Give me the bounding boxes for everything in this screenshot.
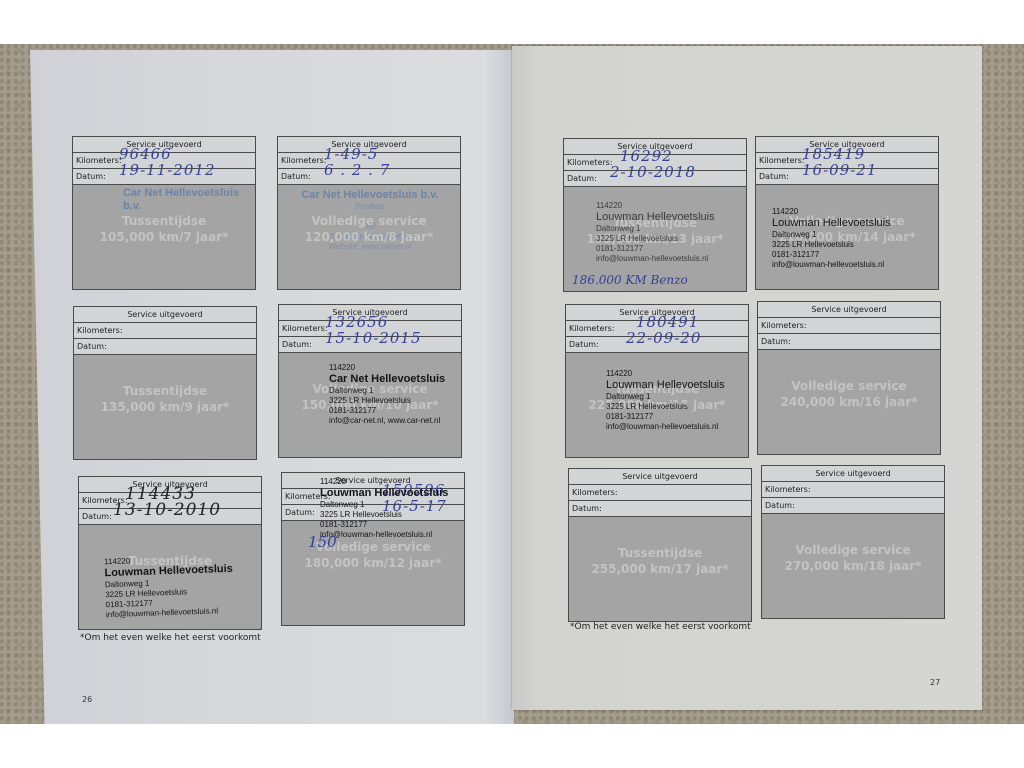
dealer-stamp: Car Net Hellevoetsluis b.v. [123,187,255,213]
stamp-code: 114220 [320,477,448,487]
km-value: 132656 [325,315,388,330]
stamp-line: info@louwman-hellevoetsluis.nl [606,422,725,432]
stamp-line: Daltonweg 1 [772,230,891,240]
date-row: Datum:6 . 2 . 7 [278,169,460,185]
km-value: 16292 [620,149,673,164]
service-box: Service uitgevoerd Kilometers:114433 Dat… [78,476,262,630]
km-row: Kilometers: [762,482,944,498]
service-type: Tussentijdse [569,545,751,561]
box-body: Volledige service 240,000 km/16 jaar* [758,350,940,456]
stamp-name: Louwman Hellevoetsluis [772,217,891,230]
handwritten-note: 150 [308,533,337,551]
service-type: Volledige service [762,542,944,558]
handwritten-note: 186.000 KM Benzo [572,273,688,287]
dealer-stamp: 114220 Louwman Hellevoetsluis Daltonweg … [320,477,448,540]
stamp-line: info@louwman-hellevoetsluis.nl [596,254,715,264]
left-page: Service uitgevoerd Kilometers:96466 Datu… [30,50,514,724]
km-value: 180491 [636,315,699,330]
service-interval: 120,000 km/8 jaar* [278,229,460,245]
date-row: Datum: [74,339,256,355]
date-value: 15-10-2015 [325,331,421,346]
date-value: 6 . 2 . 7 [324,163,390,178]
stamp-line: info@car-net.nl, www.car-net.nl [329,416,445,426]
km-label: Kilometers: [76,156,122,165]
date-value: 13-10-2010 [113,503,221,518]
date-label: Datum: [282,340,312,349]
service-interval: 240,000 km/16 jaar* [758,394,940,410]
date-row: Datum:16-09-21 [756,169,938,185]
box-body: Tussentijdse 195,000 km/13 jaar* 114220 … [564,187,746,293]
stamp-line: 3225 LR Hellevoetsluis [320,510,448,520]
date-label: Datum: [759,172,789,181]
date-label: Datum: [761,337,791,346]
service-box: Service uitgevoerd Kilometers:185419 Dat… [755,136,939,290]
date-row: Datum:15-10-2015 [279,337,461,353]
box-body: Tussentijdse 114220 Louwman Hellevoetslu… [79,525,261,631]
service-label: Tussentijdse 135,000 km/9 jaar* [74,383,256,415]
box-header: Service uitgevoerd [74,307,256,323]
km-value: 96466 [119,147,172,162]
service-label: Volledige service 240,000 km/16 jaar* [758,378,940,410]
date-label: Datum: [76,172,106,181]
box-body: Volledige service 210,000 km/14 jaar* 11… [756,185,938,291]
service-box: Service uitgevoerd Kilometers: Datum: Vo… [757,301,941,455]
km-row: Kilometers: [569,485,751,501]
date-label: Datum: [77,342,107,351]
service-type: Volledige service [278,213,460,229]
service-box: Service uitgevoerd Kilometers: Datum: Tu… [568,468,752,622]
dealer-stamp: 114220 Louwman Hellevoetsluis Daltonweg … [104,553,234,620]
date-value: 19-11-2012 [119,163,215,178]
stamp-line: Postbus [290,202,450,212]
page-number: 27 [930,678,940,687]
date-label: Datum: [569,340,599,349]
km-row: Kilometers: [74,323,256,339]
km-label: Kilometers: [569,324,615,333]
service-type: Tussentijdse [74,383,256,399]
stamp-line: Daltonweg 1 [596,224,715,234]
service-box: Service uitgevoerd Kilometers:96466 Datu… [72,136,256,290]
stamp-name: Louwman Hellevoetsluis [320,487,448,500]
dealer-stamp: 114220 Louwman Hellevoetsluis Daltonweg … [596,201,715,264]
service-interval: 135,000 km/9 jaar* [74,399,256,415]
date-value: 2-10-2018 [610,165,696,180]
box-body: Tussentijdse 225,000 km/15 jaar* 114220 … [566,353,748,459]
stamp-code: 114220 [329,363,445,373]
stamp-line: 3225 LR Hellevoetsluis [596,234,715,244]
stamp-code: 114220 [606,369,725,379]
service-box: Service uitgevoerd Kilometers:150596 Dat… [281,472,465,626]
stamp-name: Louwman Hellevoetsluis [606,379,725,392]
stamp-line: 3225 LR Hellevoetsluis [772,240,891,250]
date-label: Datum: [281,172,311,181]
km-label: Kilometers: [765,485,811,494]
service-label: Volledige service 270,000 km/18 jaar* [762,542,944,574]
box-body: Car Net Hellevoetsluis b.v. Tussentijdse… [73,185,255,291]
service-interval: 255,000 km/17 jaar* [569,561,751,577]
stamp-name: Car Net Hellevoetsluis b.v. [290,189,450,202]
stamp-code: 114220 [596,201,715,211]
stamp-line: Daltonweg 1 [320,500,448,510]
service-box: Service uitgevoerd Kilometers: Datum: Vo… [761,465,945,619]
service-type: Volledige service [758,378,940,394]
service-interval: 180,000 km/12 jaar* [282,555,464,571]
dealer-stamp: 114220 Louwman Hellevoetsluis Daltonweg … [772,207,891,270]
box-header: Service uitgevoerd [569,469,751,485]
service-label: Tussentijdse 255,000 km/17 jaar* [569,545,751,577]
service-interval: 105,000 km/7 jaar* [73,229,255,245]
box-body: Volledige service 150,000 km/10 jaar* 11… [279,353,461,459]
service-box: Service uitgevoerd Kilometers:16292 Datu… [563,138,747,292]
dealer-stamp: 114220 Car Net Hellevoetsluis Daltonweg … [329,363,445,426]
stamp-line: Daltonweg 1 [606,392,725,402]
stamp-name: Louwman Hellevoetsluis [596,211,715,224]
date-label: Datum: [567,174,597,183]
stamp-line: 0181-312177 [606,412,725,422]
date-row: Datum: [758,334,940,350]
km-label: Kilometers: [759,156,805,165]
dealer-stamp: 114220 Louwman Hellevoetsluis Daltonweg … [606,369,725,432]
km-label: Kilometers: [282,324,328,333]
km-row: Kilometers: [758,318,940,334]
stamp-line: info@louwman-hellevoetsluis.nl [772,260,891,270]
date-label: Datum: [765,501,795,510]
date-value: 16-09-21 [802,163,877,178]
service-box: Service uitgevoerd Kilometers:180491 Dat… [565,304,749,458]
date-row: Datum: [762,498,944,514]
box-body: Tussentijdse 135,000 km/9 jaar* [74,355,256,461]
km-value: 1-49-5 [324,147,378,162]
footnote: *Om het even welke het eerst voorkomt [80,633,261,643]
stamp-name: Car Net Hellevoetsluis [329,373,445,386]
date-label: Datum: [285,508,315,517]
service-box: Service uitgevoerd Kilometers:1-49-5 Dat… [277,136,461,290]
right-page: Service uitgevoerd Kilometers:16292 Datu… [512,46,982,710]
service-label: Volledige service 120,000 km/8 jaar* [278,213,460,245]
box-header: Service uitgevoerd [762,466,944,482]
date-row: Datum:13-10-2010 [79,509,261,525]
stamp-line: 3225 LR Hellevoetsluis [329,396,445,406]
page-number: 26 [82,695,92,704]
date-row: Datum:19-11-2012 [73,169,255,185]
date-row: Datum: [569,501,751,517]
date-row: Datum:22-09-20 [566,337,748,353]
box-body: Volledige service 270,000 km/18 jaar* [762,514,944,620]
service-type: Tussentijdse [73,213,255,229]
stamp-name: Car Net Hellevoetsluis b.v. [123,187,255,213]
km-label: Kilometers: [77,326,123,335]
date-value: 22-09-20 [626,331,701,346]
stamp-line: Daltonweg 1 [329,386,445,396]
km-label: Kilometers: [761,321,807,330]
stamp-code: 114220 [772,207,891,217]
stamp-line: 0181-312177 [320,520,448,530]
km-label: Kilometers: [281,156,327,165]
box-body: Car Net Hellevoetsluis b.v. Postbus Tel … [278,185,460,291]
stamp-line: 0181-312177 [329,406,445,416]
stamp-line: 3225 LR Hellevoetsluis [606,402,725,412]
date-row: Datum:2-10-2018 [564,171,746,187]
date-label: Datum: [82,512,112,521]
box-body: Tussentijdse 255,000 km/17 jaar* [569,517,751,623]
stamp-line: 0181-312177 [596,244,715,254]
service-interval: 270,000 km/18 jaar* [762,558,944,574]
box-body: Volledige service 180,000 km/12 jaar* 11… [282,521,464,627]
box-header: Service uitgevoerd [758,302,940,318]
service-box: Service uitgevoerd Kilometers: Datum: Tu… [73,306,257,460]
km-label: Kilometers: [567,158,613,167]
km-value: 185419 [802,147,865,162]
service-box: Service uitgevoerd Kilometers:132656 Dat… [278,304,462,458]
service-label: Tussentijdse 105,000 km/7 jaar* [73,213,255,245]
km-label: Kilometers: [572,488,618,497]
footnote: *Om het even welke het eerst voorkomt [570,622,751,632]
stamp-line: info@louwman-hellevoetsluis.nl [320,530,448,540]
date-label: Datum: [572,504,602,513]
stamp-line: 0181-312177 [772,250,891,260]
